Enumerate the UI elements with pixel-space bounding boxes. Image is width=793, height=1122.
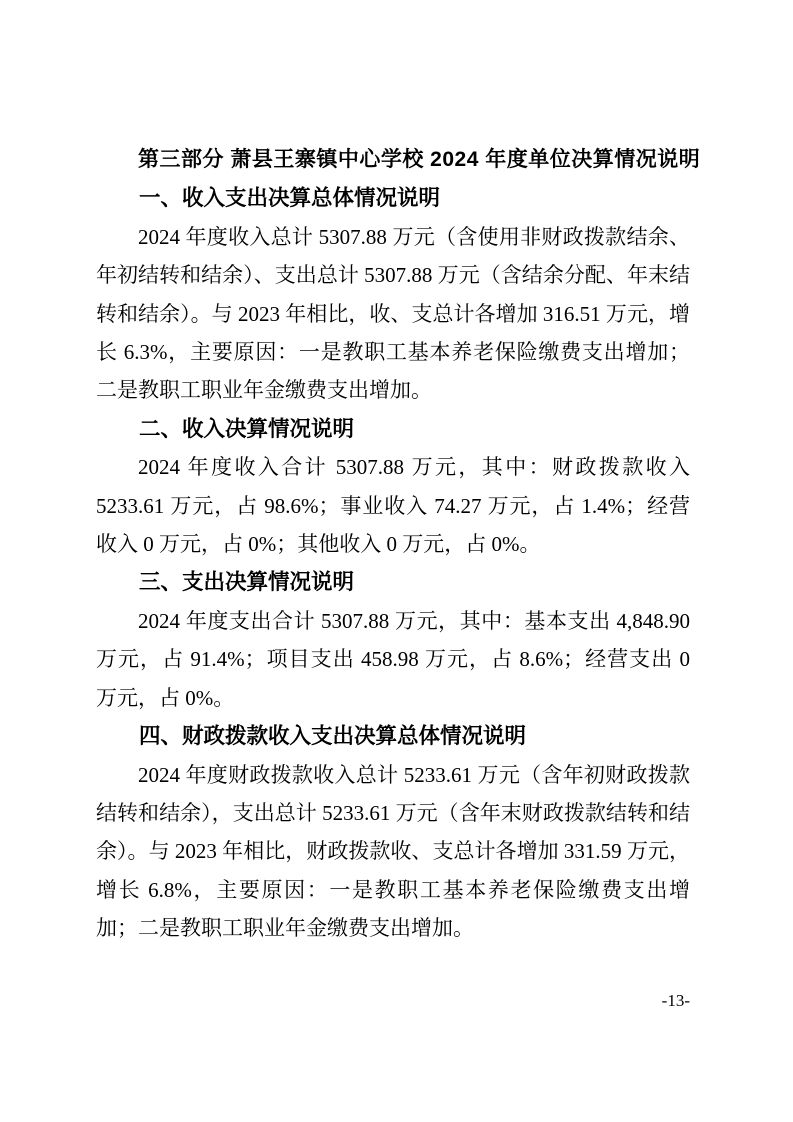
document-page: 第三部分 萧县王寨镇中心学校 2024 年度单位决算情况说明 一、收入支出决算总… <box>0 0 793 1122</box>
page-number: -13- <box>662 991 690 1011</box>
section-heading-3: 三、支出决算情况说明 <box>96 563 690 601</box>
document-title: 第三部分 萧县王寨镇中心学校 2024 年度单位决算情况说明 <box>96 141 690 179</box>
section-paragraph-1: 2024 年度收入总计 5307.88 万元（含使用非财政拨款结余、年初结转和结… <box>96 218 690 410</box>
section-paragraph-4: 2024 年度财政拨款收入总计 5233.61 万元（含年初财政拨款结转和结余）… <box>96 756 690 948</box>
section-heading-2: 二、收入决算情况说明 <box>96 410 690 448</box>
section-paragraph-2: 2024 年度收入合计 5307.88 万元，其中：财政拨款收入 5233.61… <box>96 448 690 563</box>
section-heading-4: 四、财政拨款收入支出决算总体情况说明 <box>96 717 690 755</box>
document-content: 第三部分 萧县王寨镇中心学校 2024 年度单位决算情况说明 一、收入支出决算总… <box>96 141 690 948</box>
section-paragraph-3: 2024 年度支出合计 5307.88 万元，其中：基本支出 4,848.90 … <box>96 602 690 717</box>
section-heading-1: 一、收入支出决算总体情况说明 <box>96 179 690 217</box>
section-expenditure-details: 三、支出决算情况说明 2024 年度支出合计 5307.88 万元，其中：基本支… <box>96 563 690 717</box>
section-income-details: 二、收入决算情况说明 2024 年度收入合计 5307.88 万元，其中：财政拨… <box>96 410 690 564</box>
section-income-expenditure-overview: 一、收入支出决算总体情况说明 2024 年度收入总计 5307.88 万元（含使… <box>96 179 690 409</box>
section-fiscal-appropriation-overview: 四、财政拨款收入支出决算总体情况说明 2024 年度财政拨款收入总计 5233.… <box>96 717 690 947</box>
